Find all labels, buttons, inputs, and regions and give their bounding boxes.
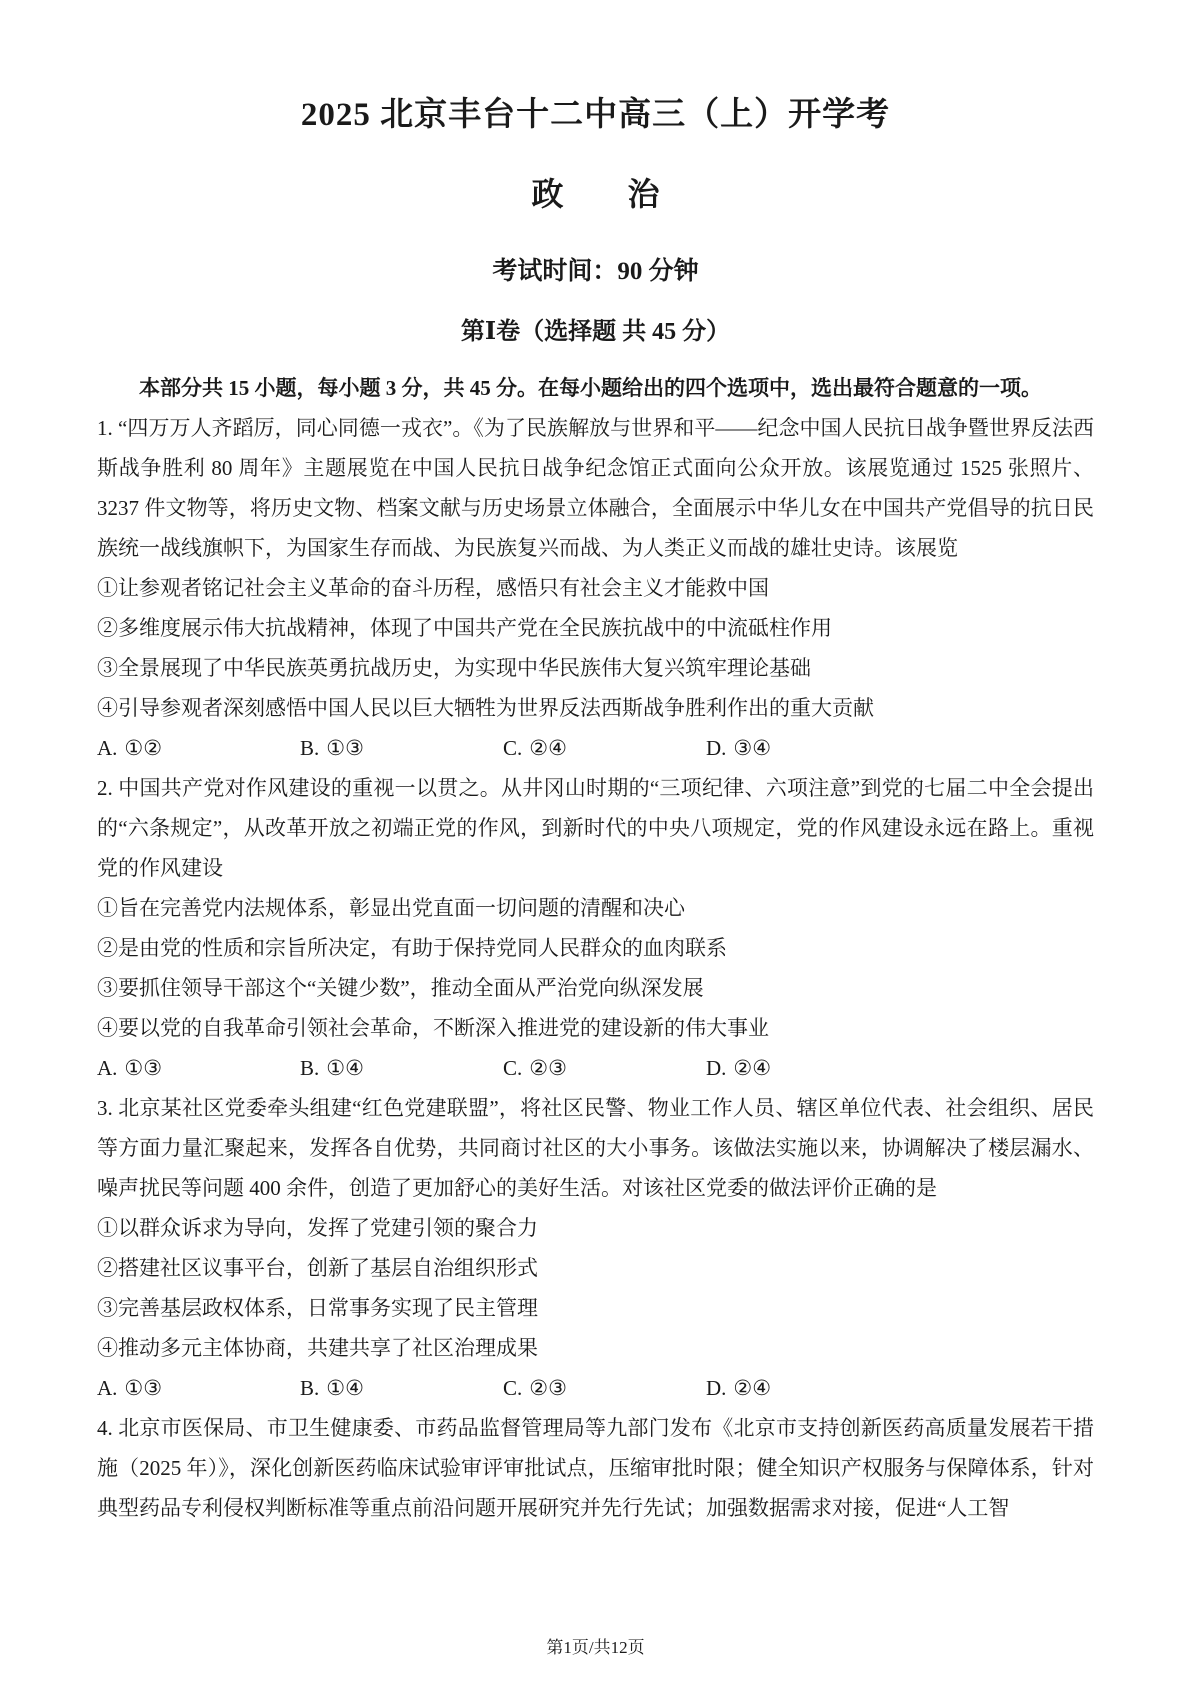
option-value: ①③ <box>124 1056 162 1080</box>
option-value: ①③ <box>326 736 364 760</box>
question-3-option-d: D.②④ <box>706 1368 771 1408</box>
option-value: ①④ <box>326 1376 364 1400</box>
question-3: 3. 北京某社区党委牵头组建“红色党建联盟”，将社区民警、物业工作人员、辖区单位… <box>97 1088 1094 1408</box>
option-label: B. <box>300 1376 319 1400</box>
option-value: ③④ <box>733 736 771 760</box>
question-3-option-a: A.①③ <box>97 1368 300 1408</box>
question-2-stem: 2. 中国共产党对作风建设的重视一以贯之。从井冈山时期的“三项纪律、六项注意”到… <box>97 768 1094 888</box>
option-value: ②④ <box>733 1056 771 1080</box>
option-value: ②④ <box>529 736 567 760</box>
question-2-option-d: D.②④ <box>706 1048 771 1088</box>
option-label: C. <box>503 1056 522 1080</box>
option-value: ②④ <box>733 1376 771 1400</box>
question-3-item-4: ④推动多元主体协商，共建共享了社区治理成果 <box>97 1328 1094 1368</box>
question-2-options-row: A.①③ B.①④ C.②③ D.②④ <box>97 1048 1094 1088</box>
question-1-option-c: C.②④ <box>503 728 706 768</box>
option-label: A. <box>97 736 117 760</box>
exam-time: 考试时间：90 分钟 <box>97 251 1094 287</box>
question-3-options-row: A.①③ B.①④ C.②③ D.②④ <box>97 1368 1094 1408</box>
option-label: A. <box>97 1376 117 1400</box>
page-title: 2025 北京丰台十二中高三（上）开学考 <box>97 88 1094 135</box>
question-2-item-3: ③要抓住领导干部这个“关键少数”，推动全面从严治党向纵深发展 <box>97 968 1094 1008</box>
option-value: ①④ <box>326 1056 364 1080</box>
question-1-option-b: B.①③ <box>300 728 503 768</box>
question-3-item-2: ②搭建社区议事平台，创新了基层自治组织形式 <box>97 1248 1094 1288</box>
question-1-option-a: A.①② <box>97 728 300 768</box>
page-content: 2025 北京丰台十二中高三（上）开学考 政 治 考试时间：90 分钟 第Ⅰ卷（… <box>0 88 1191 1528</box>
section-title: 第Ⅰ卷（选择题 共 45 分） <box>97 311 1094 346</box>
option-label: C. <box>503 736 522 760</box>
exam-page: 2025 北京丰台十二中高三（上）开学考 政 治 考试时间：90 分钟 第Ⅰ卷（… <box>0 0 1191 1684</box>
question-3-item-1: ①以群众诉求为导向，发挥了党建引领的聚合力 <box>97 1208 1094 1248</box>
question-4-stem: 4. 北京市医保局、市卫生健康委、市药品监督管理局等九部门发布《北京市支持创新医… <box>97 1408 1094 1528</box>
question-2: 2. 中国共产党对作风建设的重视一以贯之。从井冈山时期的“三项纪律、六项注意”到… <box>97 768 1094 1088</box>
option-label: D. <box>706 736 726 760</box>
question-2-option-b: B.①④ <box>300 1048 503 1088</box>
question-3-option-b: B.①④ <box>300 1368 503 1408</box>
question-2-item-1: ①旨在完善党内法规体系，彰显出党直面一切问题的清醒和决心 <box>97 888 1094 928</box>
question-1-option-d: D.③④ <box>706 728 771 768</box>
page-footer: 第1页/共12页 <box>0 1633 1191 1658</box>
question-1-item-2: ②多维度展示伟大抗战精神，体现了中国共产党在全民族抗战中的中流砥柱作用 <box>97 608 1094 648</box>
question-3-item-3: ③完善基层政权体系，日常事务实现了民主管理 <box>97 1288 1094 1328</box>
question-1-item-3: ③全景展现了中华民族英勇抗战历史，为实现中华民族伟大复兴筑牢理论基础 <box>97 648 1094 688</box>
option-value: ②③ <box>529 1056 567 1080</box>
question-1: 1. “四万万人齐蹈厉，同心同德一戎衣”。《为了民族解放与世界和平——纪念中国人… <box>97 408 1094 768</box>
section-intro: 本部分共 15 小题，每小题 3 分，共 45 分。在每小题给出的四个选项中，选… <box>97 368 1094 408</box>
question-1-item-4: ④引导参观者深刻感悟中国人民以巨大牺牲为世界反法西斯战争胜利作出的重大贡献 <box>97 688 1094 728</box>
option-value: ②③ <box>529 1376 567 1400</box>
question-4: 4. 北京市医保局、市卫生健康委、市药品监督管理局等九部门发布《北京市支持创新医… <box>97 1408 1094 1528</box>
question-2-option-a: A.①③ <box>97 1048 300 1088</box>
question-1-item-1: ①让参观者铭记社会主义革命的奋斗历程，感悟只有社会主义才能救中国 <box>97 568 1094 608</box>
option-value: ①② <box>124 736 162 760</box>
option-label: A. <box>97 1056 117 1080</box>
question-3-option-c: C.②③ <box>503 1368 706 1408</box>
option-label: B. <box>300 736 319 760</box>
question-2-option-c: C.②③ <box>503 1048 706 1088</box>
question-1-stem: 1. “四万万人齐蹈厉，同心同德一戎衣”。《为了民族解放与世界和平——纪念中国人… <box>97 408 1094 568</box>
question-3-stem: 3. 北京某社区党委牵头组建“红色党建联盟”，将社区民警、物业工作人员、辖区单位… <box>97 1088 1094 1208</box>
subject-title: 政 治 <box>97 169 1094 215</box>
question-2-item-4: ④要以党的自我革命引领社会革命，不断深入推进党的建设新的伟大事业 <box>97 1008 1094 1048</box>
question-1-options-row: A.①② B.①③ C.②④ D.③④ <box>97 728 1094 768</box>
option-label: D. <box>706 1056 726 1080</box>
option-value: ①③ <box>124 1376 162 1400</box>
option-label: C. <box>503 1376 522 1400</box>
option-label: B. <box>300 1056 319 1080</box>
option-label: D. <box>706 1376 726 1400</box>
question-2-item-2: ②是由党的性质和宗旨所决定，有助于保持党同人民群众的血肉联系 <box>97 928 1094 968</box>
